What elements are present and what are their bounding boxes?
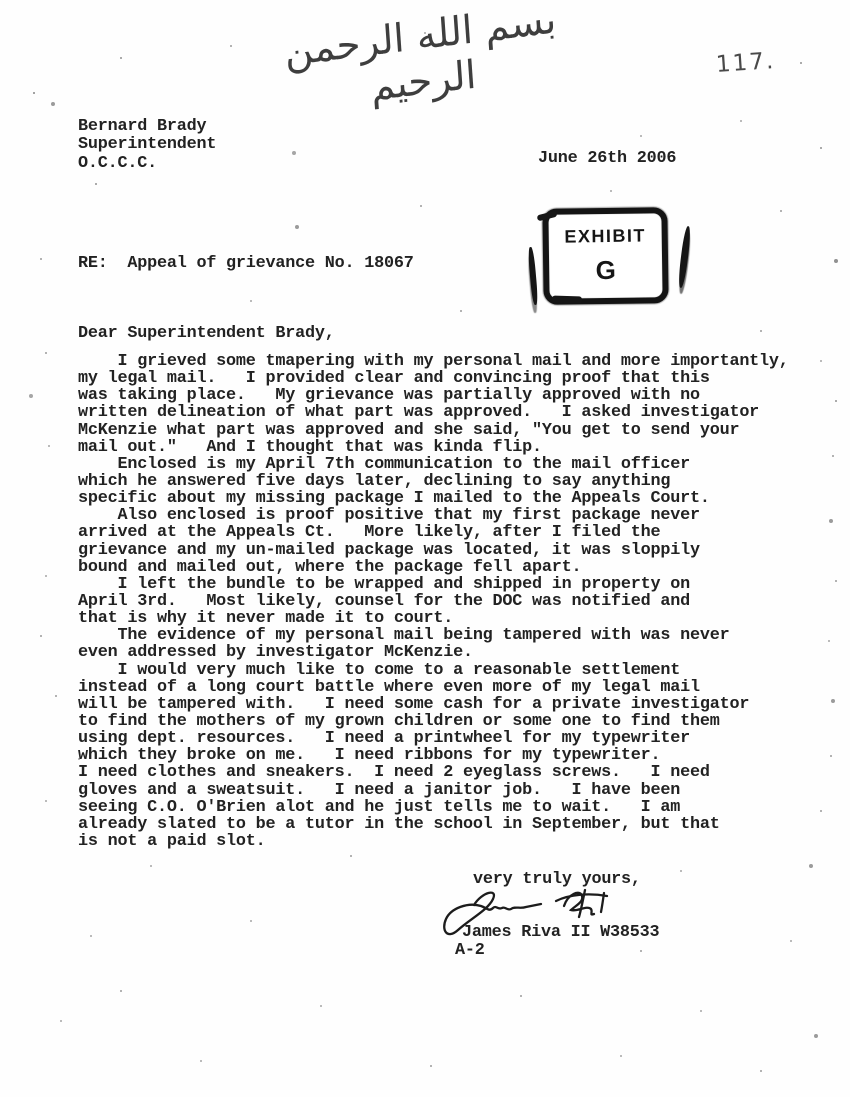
body-line: I left the bundle to be wrapped and ship… [78,576,789,593]
recipient-address-block: Bernard BradySuperintendentO.C.C.C. [78,118,216,173]
body-line: that is why it never made it to court. [78,610,789,627]
scanned-letter-page: بسم الله الرحمن الرحيم 117. Bernard Brad… [0,0,850,1097]
ink-smudge-bottom [552,295,582,303]
letter-date: June 26th 2006 [538,150,676,167]
body-line: was taking place. My grievance was parti… [78,387,789,404]
body-line: using dept. resources. I need a printwhe… [78,730,789,747]
scan-noise-specks [0,0,2,2]
body-line: I grieved some tmapering with my persona… [78,353,789,370]
body-line: instead of a long court battle where eve… [78,679,789,696]
signer-unit: A-2 [455,942,485,959]
signer-name: James Riva II W38533 [462,924,659,941]
body-line: Enclosed is my April 7th communication t… [78,456,789,473]
body-line: The evidence of my personal mail being t… [78,627,789,644]
body-line: I would very much like to come to a reas… [78,662,789,679]
body-line: which they broke on me. I need ribbons f… [78,747,789,764]
body-line: already slated to be a tutor in the scho… [78,816,789,833]
body-line: mail out." And I thought that was kinda … [78,439,789,456]
body-line: which he answered five days later, decli… [78,473,789,490]
body-line: I need clothes and sneakers. I need 2 ey… [78,764,789,781]
exhibit-stamp-title: EXHIBIT [549,225,662,248]
body-line: bound and mailed out, where the package … [78,559,789,576]
body-line: written delineation of what part was app… [78,404,789,421]
body-line: April 3rd. Most likely, counsel for the … [78,593,789,610]
salutation: Dear Superintendent Brady, [78,325,335,342]
body-line: my legal mail. I provided clear and conv… [78,370,789,387]
body-line: specific about my missing package I mail… [78,490,789,507]
body-line: grievance and my un-mailed package was l… [78,542,789,559]
body-line: seeing C.O. O'Brien alot and he just tel… [78,799,789,816]
re-subject-line: RE: Appeal of grievance No. 18067 [78,255,414,272]
bismillah-handwriting: بسم الله الرحمن الرحيم [250,0,594,127]
exhibit-stamp: EXHIBIT G [542,207,668,305]
recipient-line: Bernard Brady [78,118,216,136]
body-line: is not a paid slot. [78,833,789,850]
recipient-line: Superintendent [78,136,216,154]
body-line: gloves and a sweatsuit. I need a janitor… [78,782,789,799]
ink-smudge-right [677,226,692,288]
body-line: arrived at the Appeals Ct. More likely, … [78,524,789,541]
recipient-line: O.C.C.C. [78,155,216,173]
body-line: Also enclosed is proof positive that my … [78,507,789,524]
exhibit-stamp-letter: G [549,254,662,287]
body-line: to find the mothers of my grown children… [78,713,789,730]
body-line: even addressed by investigator McKenzie. [78,644,789,661]
letter-body: I grieved some tmapering with my persona… [78,353,789,850]
handwritten-page-number: 117. [715,48,776,78]
body-line: will be tampered with. I need some cash … [78,696,789,713]
ink-smudge-left [527,247,538,305]
body-line: McKenzie what part was approved and she … [78,422,789,439]
